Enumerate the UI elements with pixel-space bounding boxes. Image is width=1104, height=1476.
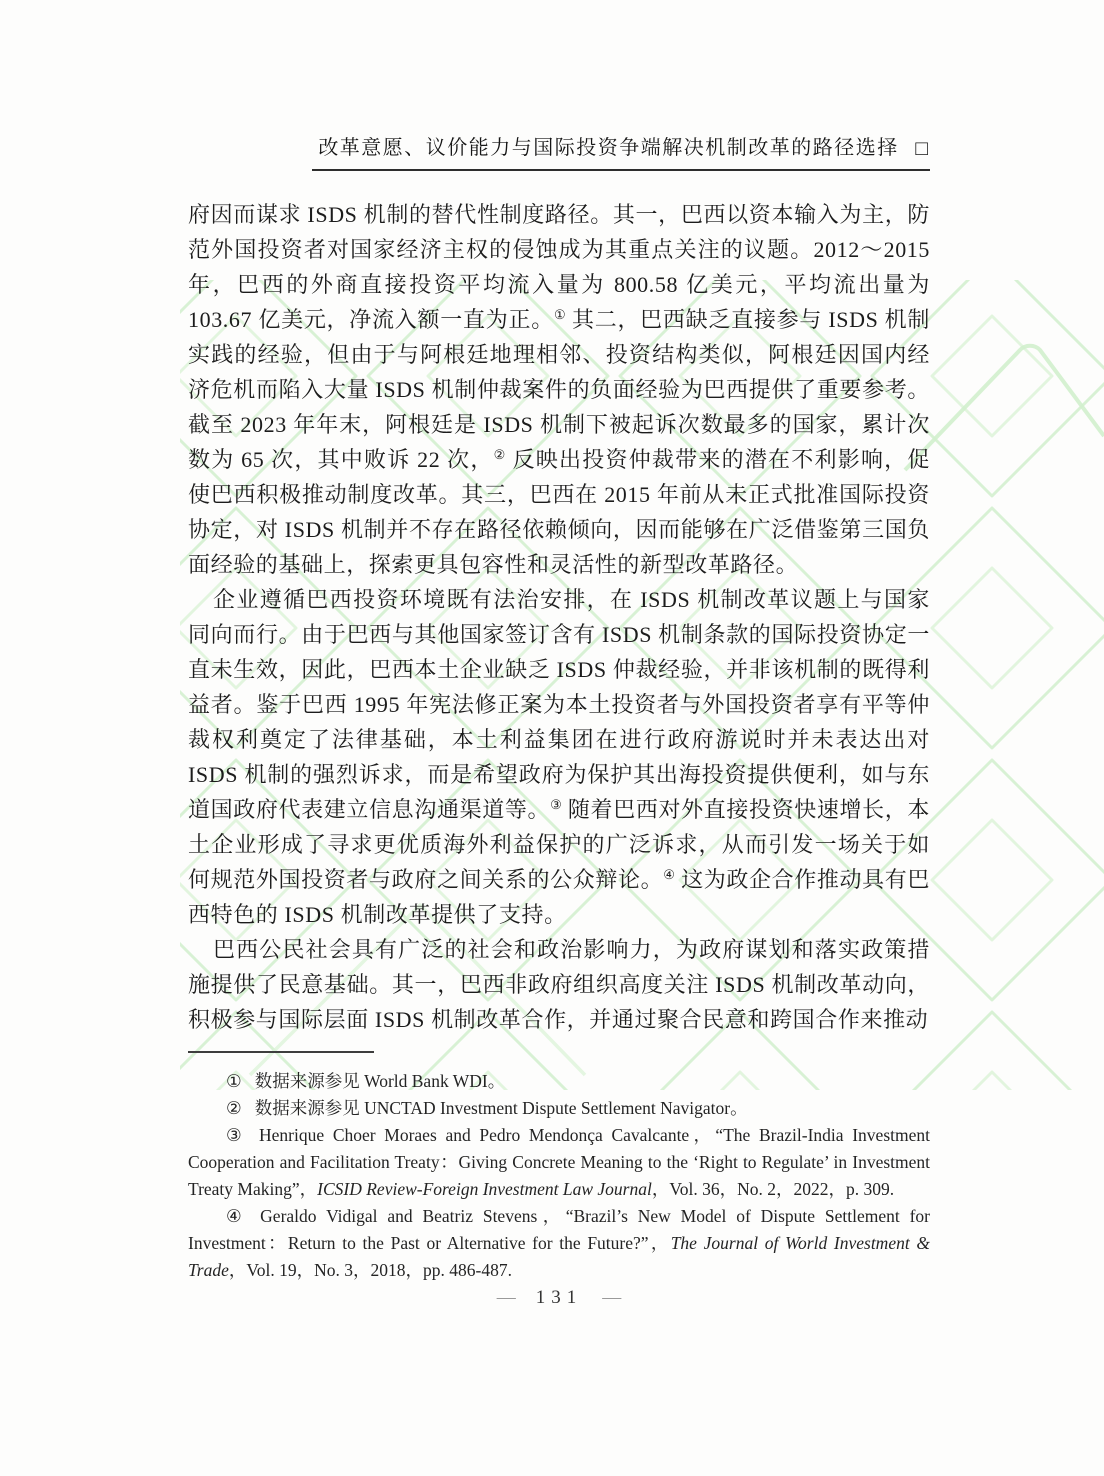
running-head: 改革意愿、议价能力与国际投资争端解决机制改革的路径选择 □ xyxy=(312,131,930,171)
footnote: ②数据来源参见 UNCTAD Investment Dispute Settle… xyxy=(188,1095,930,1122)
footnote-ref: ④ xyxy=(663,867,675,882)
paragraph: 府因而谋求 ISDS 机制的替代性制度路径。其一，巴西以资本输入为主，防范外国投… xyxy=(188,197,930,582)
text-run: 巴西公民社会具有广泛的社会和政治影响力，为政府谋划和落实政策措施提供了民意基础。… xyxy=(188,937,930,1032)
scanned-paper-page: 改革意愿、议价能力与国际投资争端解决机制改革的路径选择 □ 府因而谋求 ISDS… xyxy=(0,0,1104,1476)
footnote-separator-rule xyxy=(188,1051,374,1053)
footnote-ref: ① xyxy=(554,307,566,322)
running-head-square-marker: □ xyxy=(915,136,928,161)
footnote-marker: ② xyxy=(226,1098,242,1118)
running-head-row: 改革意愿、议价能力与国际投资争端解决机制改革的路径选择 □ xyxy=(188,131,930,171)
paragraph: 巴西公民社会具有广泛的社会和政治影响力，为政府谋划和落实政策措施提供了民意基础。… xyxy=(188,932,930,1037)
footnote-marker: ③ xyxy=(226,1125,246,1145)
footer-right-dash: — xyxy=(602,1287,621,1308)
footnote-ref: ③ xyxy=(550,797,562,812)
footnote: ④Geraldo Vidigal and Beatriz Stevens，“Br… xyxy=(188,1203,930,1284)
footnote-text: 数据来源参见 UNCTAD Investment Dispute Settlem… xyxy=(255,1098,748,1118)
footnote-text: 数据来源参见 World Bank WDI。 xyxy=(255,1071,506,1091)
footnote-list: ①数据来源参见 World Bank WDI。②数据来源参见 UNCTAD In… xyxy=(188,1068,930,1284)
paragraph: 企业遵循巴西投资环境既有法治安排，在 ISDS 机制改革议题上与国家同向而行。由… xyxy=(188,582,930,932)
footnote-text: ，Vol. 36，No. 2，2022，p. 309. xyxy=(652,1179,894,1199)
footnote: ①数据来源参见 World Bank WDI。 xyxy=(188,1068,930,1095)
journal-title: ICSID Review-Foreign Investment Law Jour… xyxy=(317,1179,652,1199)
footnote-marker: ④ xyxy=(226,1206,247,1226)
footnote-block: ①数据来源参见 World Bank WDI。②数据来源参见 UNCTAD In… xyxy=(188,1051,930,1284)
footnote: ③Henrique Choer Moraes and Pedro Mendonç… xyxy=(188,1122,930,1203)
running-head-title: 改革意愿、议价能力与国际投资争端解决机制改革的路径选择 xyxy=(318,137,899,159)
page-number: 131 xyxy=(536,1287,583,1308)
article-body: 府因而谋求 ISDS 机制的替代性制度路径。其一，巴西以资本输入为主，防范外国投… xyxy=(188,197,930,1037)
footnote-ref: ② xyxy=(494,447,506,462)
text-run: 企业遵循巴西投资环境既有法治安排，在 ISDS 机制改革议题上与国家同向而行。由… xyxy=(188,587,930,822)
footnote-text: ，Vol. 19，No. 3，2018，pp. 486-487. xyxy=(229,1260,512,1280)
footnote-marker: ① xyxy=(226,1071,242,1091)
footer-left-dash: — xyxy=(497,1287,516,1308)
page-footer: —131— xyxy=(188,1287,930,1309)
